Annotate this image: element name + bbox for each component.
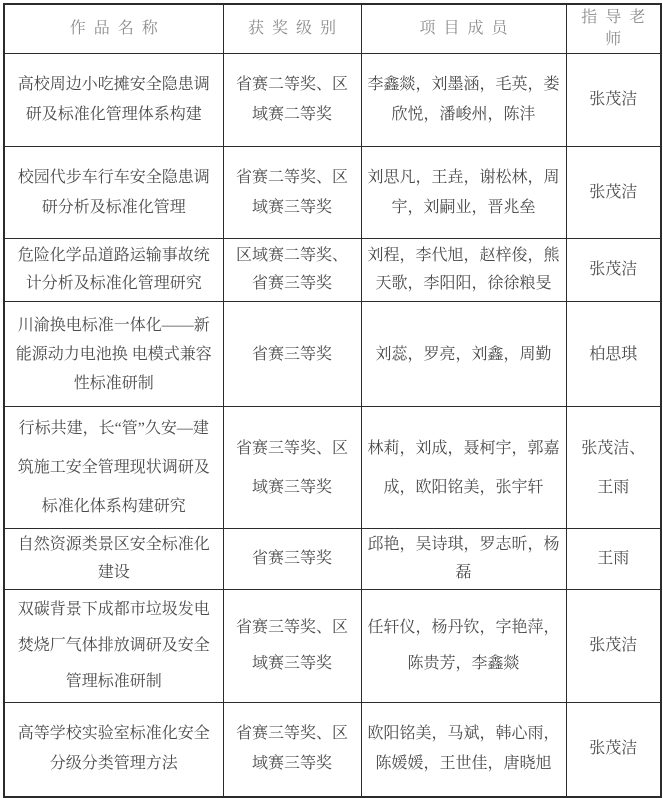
project-members-cell: 任轩仪，杨丹钦，字艳萍，陈贵芳，李鑫燚	[361, 590, 566, 703]
work-title-cell: 川渝换电标准一体化——新能源动力电池换 电模式兼容性标准研制	[4, 302, 223, 407]
advisor-cell: 张茂洁	[566, 54, 661, 147]
advisor-cell: 张茂洁	[566, 590, 661, 703]
award-level-cell: 省赛三等奖	[223, 529, 361, 590]
project-members-cell: 欧阳铭美，马斌，韩心雨，陈媛媛，王世佳，唐晓旭	[361, 703, 566, 797]
project-members-cell: 刘程，李代旭，赵梓俊，熊天歌，李阳阳，徐徐粮旻	[361, 239, 566, 302]
award-level-cell: 省赛三等奖、区域赛三等奖	[223, 703, 361, 797]
work-title-cell: 校园代步车行车安全隐患调研分析及标准化管理	[4, 147, 223, 239]
table-row: 行标共建，长“管”久安—建筑施工安全管理现状调研及标准化体系构建研究 省赛三等奖…	[4, 407, 661, 529]
award-level-cell: 区域赛二等奖、省赛三等奖	[223, 239, 361, 302]
advisor-cell: 张茂洁	[566, 147, 661, 239]
column-header-work-name: 作品名称	[4, 4, 223, 54]
work-title-cell: 自然资源类景区安全标准化建设	[4, 529, 223, 590]
advisor-cell: 王雨	[566, 529, 661, 590]
work-title-cell: 高校周边小吃摊安全隐患调研及标准化管理体系构建	[4, 54, 223, 147]
project-members-cell: 刘思凡，王垚，谢松林，周宇，刘嗣业，晋兆垒	[361, 147, 566, 239]
project-members-cell: 李鑫燚，刘墨涵，毛英，娄欣悦，潘峻州，陈沣	[361, 54, 566, 147]
table-row: 高等学校实验室标准化安全分级分类管理方法 省赛三等奖、区域赛三等奖 欧阳铭美，马…	[4, 703, 661, 797]
document-page: 作品名称 获奖级别 项目成员 指导老师 高校周边小吃摊安全隐患调研及标准化管理体…	[0, 0, 663, 779]
table-row: 双碳背景下成都市垃圾发电焚烧厂气体排放调研及安全管理标准研制 省赛三等奖、区域赛…	[4, 590, 661, 703]
project-members-cell: 刘蕊，罗亮，刘鑫，周勤	[361, 302, 566, 407]
table-row: 川渝换电标准一体化——新能源动力电池换 电模式兼容性标准研制 省赛三等奖 刘蕊，…	[4, 302, 661, 407]
column-header-advisor: 指导老师	[566, 4, 661, 54]
table-row: 高校周边小吃摊安全隐患调研及标准化管理体系构建 省赛二等奖、区域赛二等奖 李鑫燚…	[4, 54, 661, 147]
table-row: 危险化学品道路运输事故统计分析及标准化管理研究 区域赛二等奖、省赛三等奖 刘程，…	[4, 239, 661, 302]
advisor-cell: 柏思琪	[566, 302, 661, 407]
work-title-cell: 高等学校实验室标准化安全分级分类管理方法	[4, 703, 223, 797]
award-level-cell: 省赛二等奖、区域赛二等奖	[223, 54, 361, 147]
column-header-project-members: 项目成员	[361, 4, 566, 54]
table-row: 校园代步车行车安全隐患调研分析及标准化管理 省赛二等奖、区域赛三等奖 刘思凡，王…	[4, 147, 661, 239]
work-title-cell: 危险化学品道路运输事故统计分析及标准化管理研究	[4, 239, 223, 302]
award-level-cell: 省赛三等奖	[223, 302, 361, 407]
table-row: 自然资源类景区安全标准化建设 省赛三等奖 邱艳，吴诗琪，罗志昕，杨磊 王雨	[4, 529, 661, 590]
award-level-cell: 省赛三等奖、区域赛三等奖	[223, 590, 361, 703]
project-members-cell: 邱艳，吴诗琪，罗志昕，杨磊	[361, 529, 566, 590]
awards-table: 作品名称 获奖级别 项目成员 指导老师 高校周边小吃摊安全隐患调研及标准化管理体…	[3, 3, 662, 798]
work-title-cell: 双碳背景下成都市垃圾发电焚烧厂气体排放调研及安全管理标准研制	[4, 590, 223, 703]
project-members-cell: 林莉，刘成，聂柯宇，郭嘉成，欧阳铭美，张宇轩	[361, 407, 566, 529]
header-row: 作品名称 获奖级别 项目成员 指导老师	[4, 4, 661, 54]
work-title-cell: 行标共建，长“管”久安—建筑施工安全管理现状调研及标准化体系构建研究	[4, 407, 223, 529]
advisor-cell: 张茂洁	[566, 703, 661, 797]
award-level-cell: 省赛二等奖、区域赛三等奖	[223, 147, 361, 239]
award-level-cell: 省赛三等奖、区域赛三等奖	[223, 407, 361, 529]
advisor-cell: 张茂洁	[566, 239, 661, 302]
advisor-cell: 张茂洁、王雨	[566, 407, 661, 529]
column-header-award-level: 获奖级别	[223, 4, 361, 54]
